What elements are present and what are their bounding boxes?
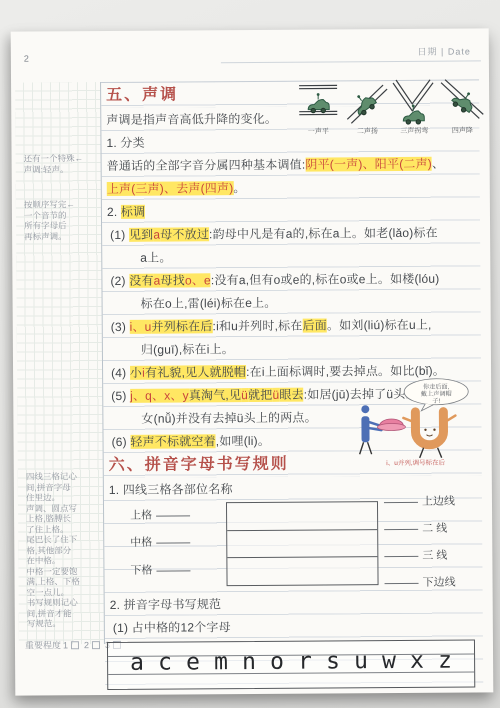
note-line: 2. 拼音字母书写规范 (105, 590, 483, 616)
note-line: 普通话的全部字音分属四种基本调值:阴平(一声)、阳平(二声)、 (102, 151, 480, 177)
importance-level-2: 2 (84, 640, 89, 650)
importance-checkbox-1[interactable] (71, 641, 79, 649)
four-line-grid-diagram: 上格中格下格上边线二 线三 线下边线 (104, 498, 483, 593)
tone2-label: 二声扬 (357, 126, 378, 135)
tone4-label: 四声降 (452, 125, 473, 134)
margin-note-2: 按顺序写完←一个音节的所有字母后再标声调。 (24, 199, 99, 242)
bubble-line-1: 你走后面, (423, 383, 450, 391)
importance-level-1: 1 (63, 640, 68, 650)
notebook-page: 2 日期 | Date 还有一个特殊←声调:轻声。按顺序写完←一个音节的所有字母… (11, 28, 494, 695)
note-line: 归(guī),标在i上。 (103, 335, 481, 361)
note-line: a上。 (102, 243, 480, 269)
date-rule-line (221, 60, 481, 63)
diagram-right-label: 三 线 (380, 547, 447, 563)
i-u-cartoon: 你走后面, 戴上声调帽 子! i、u并列,调号标在后 (341, 377, 484, 466)
note-line: (3) i、u并列标在后:i和u并列时,标在后面。如刘(liú)标在u上, (103, 312, 481, 338)
diagram-right-label: 上边线 (380, 493, 455, 510)
diagram-left-label: 上格 (130, 506, 194, 522)
middle-band-letters: acemnorsuwxz (108, 640, 474, 675)
tone3-label: 三声拐弯 (400, 126, 428, 135)
diagram-left-label: 中格 (130, 533, 194, 549)
note-line: 上声(三声)、去声(四声)。 (102, 174, 480, 200)
diagram-left-label: 下格 (130, 561, 194, 577)
letter-writing-grid: acemnorsuwxz (105, 636, 483, 693)
tone1-label: 一声平 (308, 126, 329, 135)
importance-label: 重要程度 (25, 638, 61, 651)
diagram-right-label: 二 线 (380, 520, 447, 536)
margin-note-3: 四线三格记心间,拼音字母住里边。声调、圆点写上格,胳膊长了住上格。尾巴长了住下格… (26, 471, 102, 629)
bubble-line-3: 子! (432, 397, 440, 405)
note-line: (1) 见到a母不放过:韵母中凡是有a的,标在a上。如老(lǎo)标在 (102, 220, 480, 246)
note-line: (1) 占中格的12个字母 (105, 613, 483, 639)
margin-column: 还有一个特殊←声调:轻声。按顺序写完←一个音节的所有字母后再标声调。四线三格记心… (15, 82, 104, 645)
note-line: 标在o上,雷(léi)标在e上。 (103, 289, 481, 315)
diagram-right-label: 下边线 (380, 574, 455, 591)
date-label: 日期 | Date (417, 44, 470, 57)
note-line: 2. 标调 (102, 197, 480, 223)
cartoon-caption: i、u并列,调号标在后 (386, 458, 445, 467)
page-number: 2 (24, 54, 29, 64)
margin-note-1: 还有一个特殊←声调:轻声。 (24, 153, 99, 175)
note-line: (2) 没有a母找o、e:没有a,但有o或e的,标在o或e上。如楼(lóu) (102, 266, 480, 292)
bubble-line-2: 戴上声调帽 (421, 390, 452, 398)
tone-cars-illustration: 一声平 二声扬 三声拐弯 四声降 (295, 76, 487, 137)
importance-checkbox-2[interactable] (92, 641, 100, 649)
